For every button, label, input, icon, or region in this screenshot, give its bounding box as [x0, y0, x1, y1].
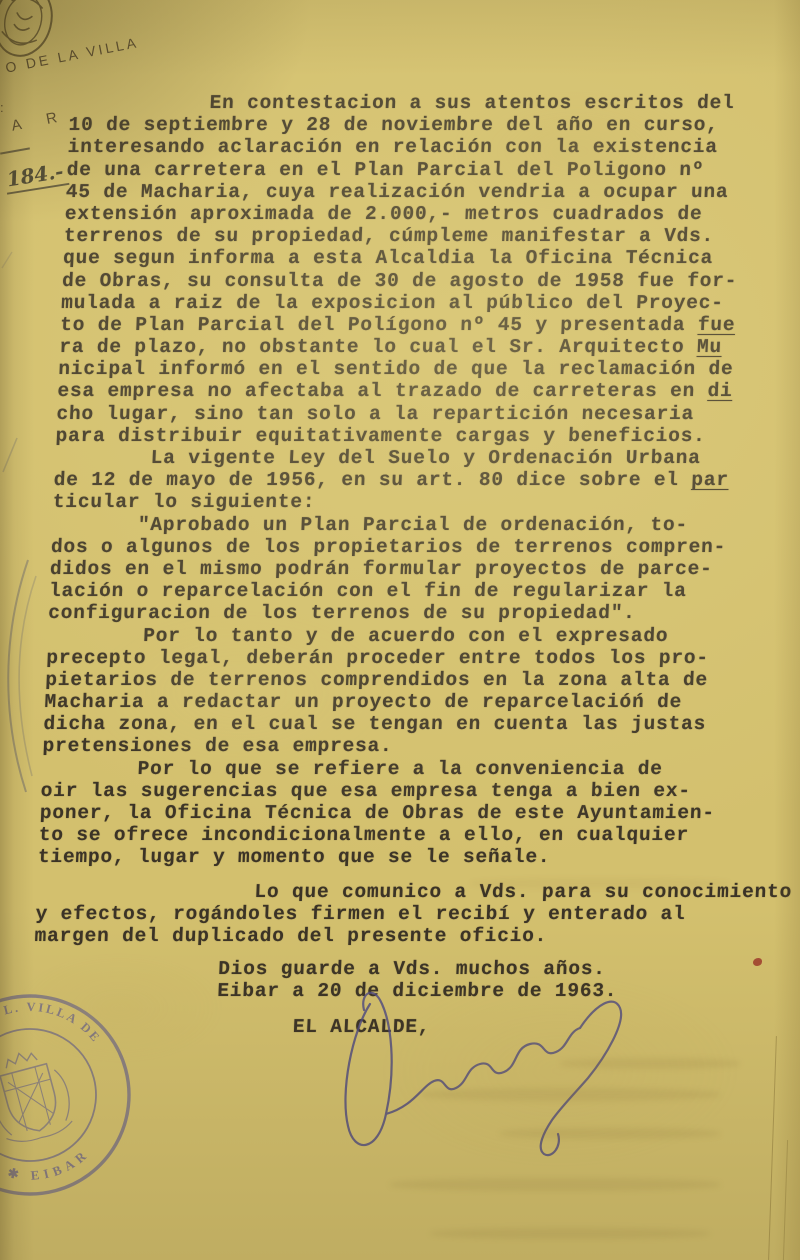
- paragraph: Lo que comunico a Vds. para su conocimie…: [34, 881, 737, 948]
- bleedthrough-smudge: [470, 878, 730, 889]
- letter-line: poner, la Oficina Técnica de Obras de es…: [39, 802, 740, 824]
- letter-line: de una carretera en el Plan Parcial del …: [66, 159, 767, 181]
- letter-line: extensión aproximada de 2.000,- metros c…: [64, 203, 765, 225]
- letter-line: Macharia a redactar un proyecto de repar…: [44, 691, 745, 713]
- bleedthrough-smudge: [420, 1088, 720, 1101]
- scanned-letter-page: O DE LA VILLA : A R 184.- En contestacio…: [0, 0, 800, 1260]
- letter-line: dicha zona, en el cual se tengan en cuen…: [43, 713, 744, 735]
- letter-line: pietarios de terrenos comprendidos en la…: [45, 669, 746, 691]
- svg-text:✱ EIBAR: ✱ EIBAR: [3, 1144, 96, 1192]
- letter-line: y efectos, rogándoles firmen el recibí y…: [35, 903, 736, 925]
- stamp-seal-icon: [0, 1044, 77, 1148]
- paragraph: Por lo que se refiere a la conveniencia …: [37, 758, 742, 869]
- letter-line: esa empresa no afectaba al trazado de ca…: [57, 380, 758, 402]
- letter-line: configuracion de los terrenos de su prop…: [48, 602, 749, 624]
- letter-line: interesando aclaración en relación con l…: [67, 136, 768, 158]
- letter-line: nicipal informó en el sentido de que la …: [58, 358, 759, 380]
- stamp-ring-text-bottom: ✱ EIBAR: [3, 1144, 96, 1192]
- letter-line: de Obras, su consulta de 30 de agosto de…: [62, 270, 763, 292]
- letter-line: tiempo, lugar y momento que se le señale…: [37, 846, 738, 868]
- red-ink-dot: [753, 958, 762, 966]
- bleedthrough-smudge: [560, 1058, 740, 1069]
- letter-line: En contestacion a sus atentos escritos d…: [69, 92, 770, 114]
- letter-line: mulada a raiz de la exposicion al públic…: [61, 292, 762, 314]
- letter-line: 45 de Macharia, cuya realización vendria…: [65, 181, 766, 203]
- letter-body: En contestacion a sus atentos escritos d…: [30, 92, 770, 1038]
- letter-line: Dios guarde a Vds. muchos años.: [218, 958, 734, 980]
- paragraph: En contestacion a sus atentos escritos d…: [55, 92, 770, 447]
- letter-line: ra de plazo, no obstante lo cual el Sr. …: [59, 336, 760, 358]
- page-stack-edge: [768, 1036, 777, 1260]
- letter-line: didos en el mismo podrán formular proyec…: [50, 558, 751, 580]
- letter-line: La vigente Ley del Suelo y Ordenación Ur…: [54, 447, 755, 469]
- page-stack-edge: [783, 1140, 788, 1260]
- letter-line: 10 de septiembre y 28 de noviembre del a…: [68, 114, 769, 136]
- letter-line: pretensiones de esa empresa.: [42, 735, 743, 757]
- letter-line: que segun informa a esta Alcaldia la Ofi…: [63, 247, 764, 269]
- letter-line: "Aprobado un Plan Parcial de ordenación,…: [51, 514, 752, 536]
- letter-line: to de Plan Parcial del Polígono nº 45 y …: [60, 314, 761, 336]
- letter-line: margen del duplicado del presente oficio…: [34, 925, 735, 947]
- handwritten-signature-icon: [318, 988, 658, 1178]
- paragraph: Por lo tanto y de acuerdo con el expresa…: [42, 625, 748, 758]
- letter-line: to se ofrece incondicionalmente a ello, …: [38, 824, 739, 846]
- letter-line: oir las sugerencias que esa empresa teng…: [40, 780, 741, 802]
- letter-line: precepto legal, deberán proceder entre t…: [46, 647, 747, 669]
- paragraph: "Aprobado un Plan Parcial de ordenación,…: [48, 514, 753, 625]
- paragraph: La vigente Ley del Suelo y Ordenación Ur…: [52, 447, 755, 514]
- letter-line: cho lugar, sino tan solo a la repartició…: [56, 403, 757, 425]
- letter-line: ticular lo siguiente:: [52, 491, 753, 513]
- letter-line: para distribuir equitativamente cargas y…: [55, 425, 756, 447]
- bleedthrough-smudge: [500, 1128, 720, 1139]
- bleedthrough-smudge: [390, 1178, 720, 1191]
- bleedthrough-smudge: [430, 1228, 710, 1239]
- letter-line: de 12 de mayo de 1956, en su art. 80 dic…: [53, 469, 754, 491]
- letter-line: Por lo tanto y de acuerdo con el expresa…: [47, 625, 748, 647]
- letter-line: Por lo que se refiere a la conveniencia …: [41, 758, 742, 780]
- letter-line: terrenos de su propiedad, cúmpleme manif…: [63, 225, 764, 247]
- letter-line: lación o reparcelación con el fin de reg…: [49, 580, 750, 602]
- letter-line: dos o algunos de los propietarios de ter…: [50, 536, 751, 558]
